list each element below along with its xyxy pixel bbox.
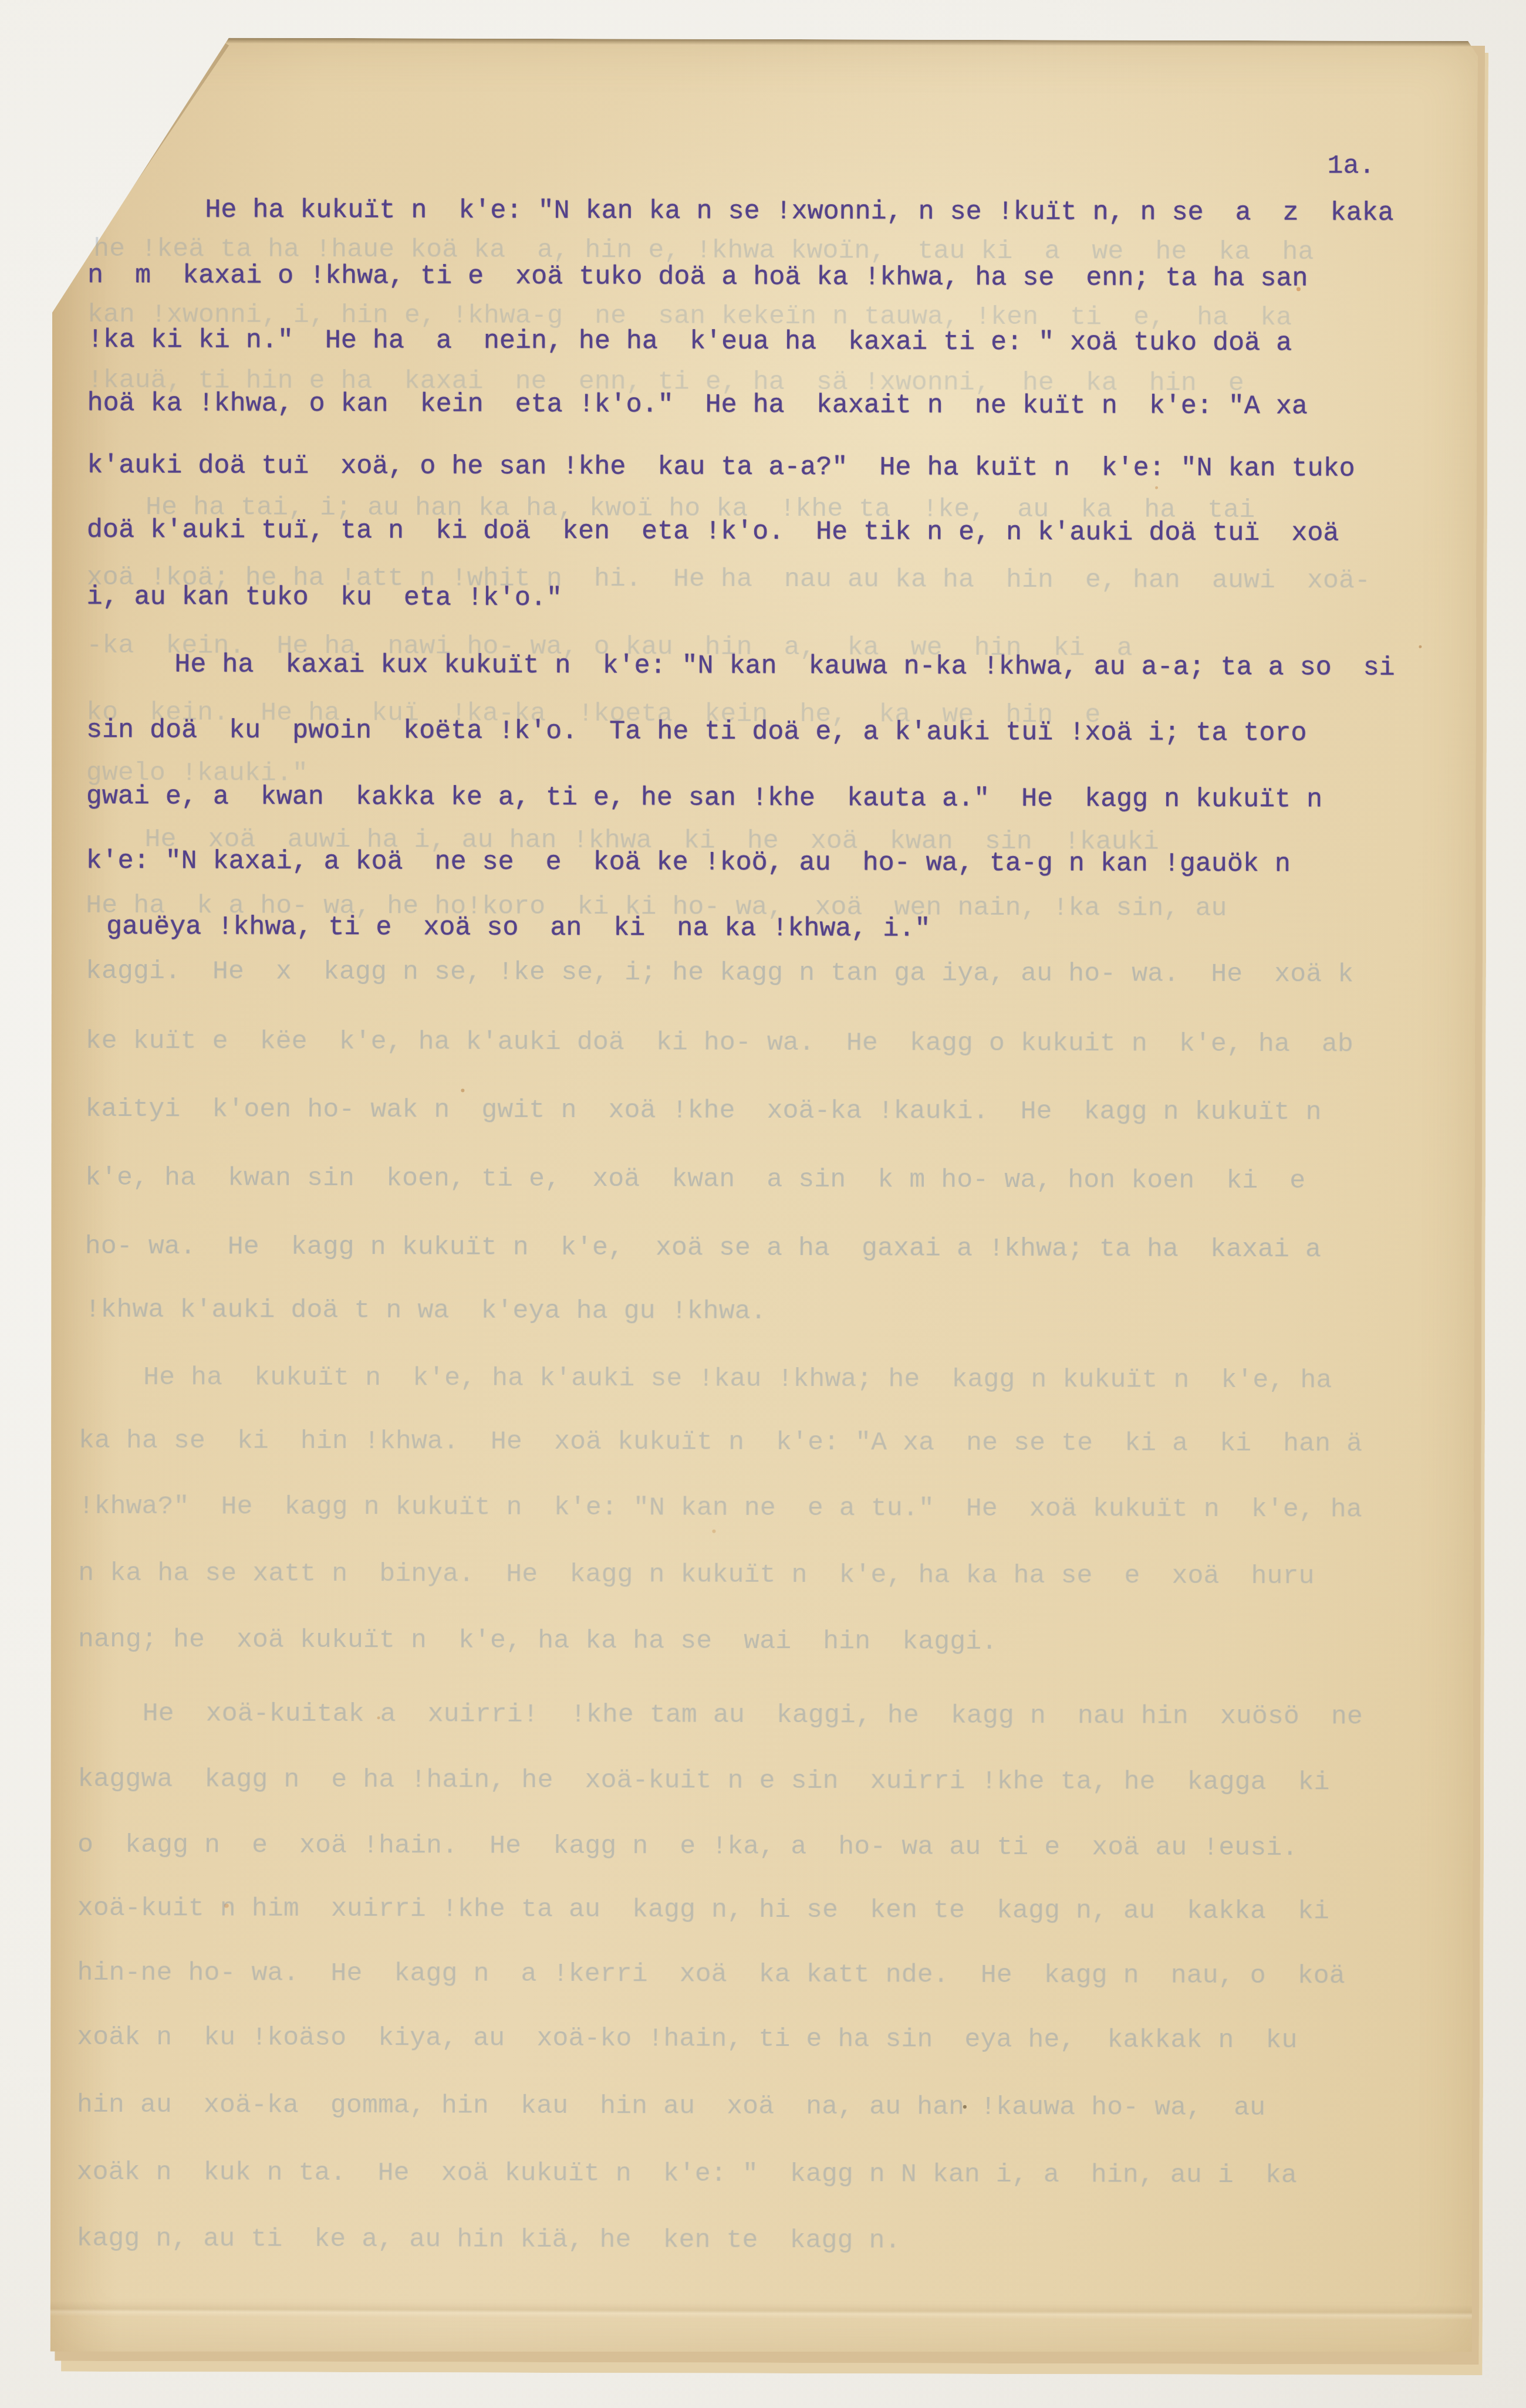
page-number: 1a. (1327, 151, 1375, 181)
ghost-line: !khwa?" He kagg n kukuït n k'e: "N kan n… (78, 1493, 1362, 1523)
ghost-line: He xoä-kuitak a xuirri! !khe tam au kagg… (143, 1700, 1363, 1730)
ghost-line: ke kuït e këe k'e, ha k'auki doä ki ho- … (86, 1028, 1353, 1058)
typed-line: hoä ka !khwa, o kan kein eta !k'o." He h… (87, 390, 1307, 420)
ghost-line: k'e, ha kwan sin koen, ti e, xoä kwan a … (85, 1165, 1305, 1194)
ghost-line: hin au xoä-ka gomma, hin kau hin au xoä … (77, 2092, 1265, 2121)
ghost-line: ho- wa. He kagg n kukuït n k'e, xoä se a… (85, 1233, 1321, 1263)
ghost-line: kagg n, au ti ke a, au hin kiä, he ken t… (76, 2226, 900, 2254)
typed-line: gauëya !khwa, ti e xoä so an ki na ka !k… (106, 914, 930, 942)
ghost-line: hin-ne ho- wa. He kagg n a !kerri xoä ka… (77, 1960, 1345, 1990)
typed-text-layer: 1a. he !keä ta ha !haue koä ka a, hin e,… (0, 0, 1526, 2408)
scanner-background: { "page": { "number_label": "1a.", "pape… (0, 0, 1526, 2408)
ghost-line: kaityi k'oen ho- wak n gwit n xoä !khe x… (85, 1096, 1321, 1126)
typed-line: He ha kaxai kux kukuït n k'e: "N kan kau… (174, 651, 1395, 681)
ghost-line: n ka ha se xatt n binya. He kagg n kukuï… (78, 1560, 1314, 1590)
typed-line: k'e: "N kaxai, a koä ne se e koä ke !koö… (86, 848, 1290, 877)
ghost-line: o kagg n e xoä !hain. He kagg n e !ka, a… (77, 1832, 1298, 1861)
typed-line: doä k'auki tuï, ta n ki doä ken eta !k'o… (87, 517, 1339, 547)
typed-line: k'auki doä tuï xoä, o he san !khe kau ta… (87, 452, 1355, 482)
ghost-line: kaggi. He x kagg n se, !ke se, i; he kag… (86, 958, 1353, 988)
typed-line: i, au kan tuko ku eta !k'o." (87, 584, 562, 611)
typed-line: !ka ki ki n." He ha a nein, he ha k'eua … (87, 327, 1292, 356)
ghost-line: xoäk n kuk n ta. He xoä kukuït n k'e: " … (77, 2159, 1297, 2189)
typed-line: gwai e, a kwan kakka ke a, ti e, he san … (86, 783, 1322, 813)
ghost-line: !khwa k'auki doä t n wa k'eya ha gu !khw… (85, 1297, 766, 1325)
ghost-line: xoäk n ku !koäso kiya, au xoä-ko !hain, … (77, 2024, 1297, 2054)
ghost-line: He ha kukuït n k'e, ha k'auki se !kau !k… (143, 1364, 1332, 1394)
ghost-line: xoä-kuit n him xuirri !khe ta au kagg n,… (77, 1895, 1329, 1925)
typed-line: He ha kukuït n k'e: "N kan ka n se !xwon… (205, 197, 1393, 226)
ghost-line: ka ha se ki hin !khwa. He xoä kukuït n k… (79, 1428, 1362, 1457)
ghost-line: nang; he xoä kukuït n k'e, ha ka ha se w… (78, 1626, 997, 1655)
typed-line: n m kaxai o !khwa, ti e xoä tuko doä a h… (87, 262, 1308, 292)
scanned-page: 1a. he !keä ta ha !haue koä ka a, hin e,… (0, 0, 1526, 2408)
typed-line: sin doä ku pwoin koëta !k'o. Ta he ti do… (86, 717, 1306, 746)
ghost-line: kaggwa kagg n e ha !hain, he xoä-kuit n … (77, 1766, 1329, 1796)
